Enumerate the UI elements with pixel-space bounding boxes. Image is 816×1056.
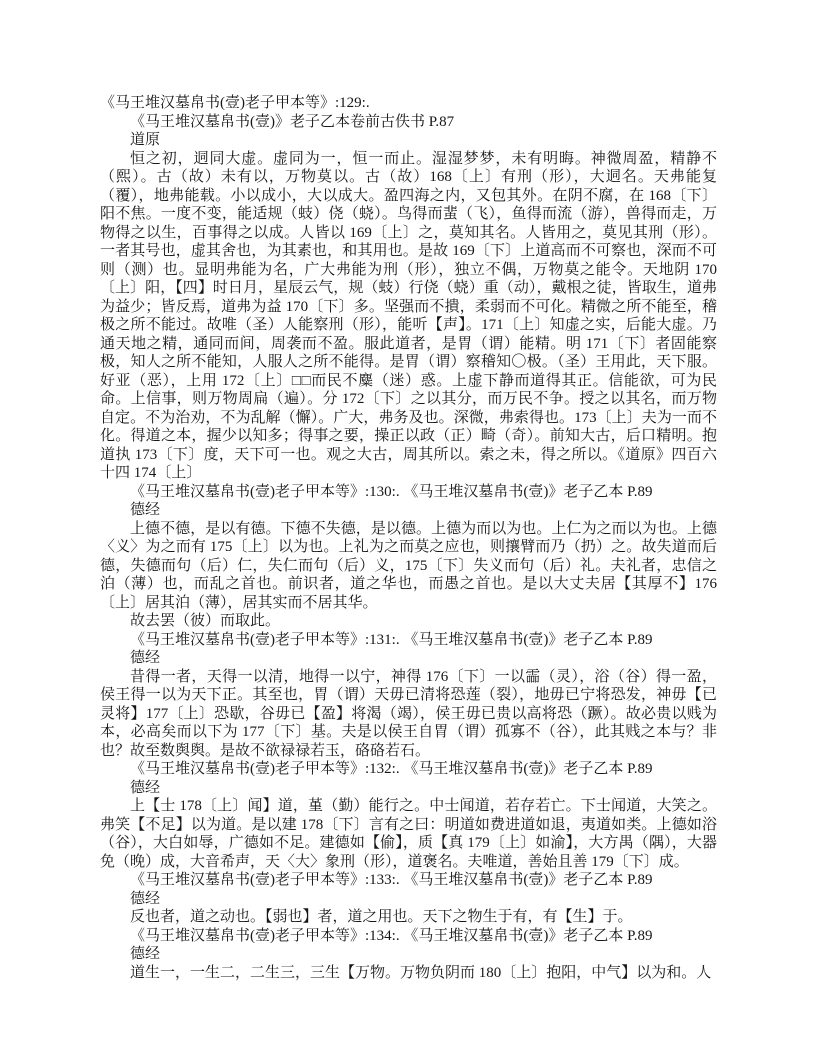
paragraph: 德经: [100, 779, 717, 798]
paragraph: 《马王堆汉墓帛书(壹)老子甲本等》:129:.: [100, 94, 717, 113]
paragraph: 德经: [100, 945, 717, 964]
paragraph: 恒之初，迵同大虚。虚同为一，恒一而止。湿湿梦梦，未有明晦。神微周盈，精静不（熙）…: [100, 150, 717, 483]
paragraph: 昔得一者，天得一以清，地得一以宁，神得 176〔下〕一以霝（灵），浴（谷）得一盈…: [100, 668, 717, 761]
paragraph: 《马王堆汉墓帛书(壹)老子甲本等》:133:. 《马王堆汉墓帛书(壹)》老子乙本…: [100, 871, 717, 890]
paragraph: 德经: [100, 890, 717, 909]
paragraph: 反也者，道之动也。【弱也】者，道之用也。天下之物生于有，有【生】于。: [100, 908, 717, 927]
paragraph: 《马王堆汉墓帛书(壹)》老子乙本卷前古佚书 P.87: [100, 113, 717, 132]
document-page: 《马王堆汉墓帛书(壹)老子甲本等》:129:.《马王堆汉墓帛书(壹)》老子乙本卷…: [0, 0, 816, 1056]
text-block: 《马王堆汉墓帛书(壹)老子甲本等》:129:.《马王堆汉墓帛书(壹)》老子乙本卷…: [100, 94, 717, 982]
paragraph: 《马王堆汉墓帛书(壹)老子甲本等》:134:. 《马王堆汉墓帛书(壹)》老子乙本…: [100, 927, 717, 946]
paragraph: 道原: [100, 131, 717, 150]
paragraph: 上【士 178〔上〕闻】道，堇（勤）能行之。中士闻道，若存若亡。下士闻道，大笑之…: [100, 797, 717, 871]
paragraph: 《马王堆汉墓帛书(壹)老子甲本等》:130:. 《马王堆汉墓帛书(壹)》老子乙本…: [100, 483, 717, 502]
paragraph: 《马王堆汉墓帛书(壹)老子甲本等》:131:. 《马王堆汉墓帛书(壹)》老子乙本…: [100, 631, 717, 650]
paragraph: 《马王堆汉墓帛书(壹)老子甲本等》:132:. 《马王堆汉墓帛书(壹)》老子乙本…: [100, 760, 717, 779]
paragraph: 德经: [100, 649, 717, 668]
paragraph: 德经: [100, 501, 717, 520]
paragraph: 故去罢（彼）而取此。: [100, 612, 717, 631]
paragraph: 上德不德，是以有德。下德不失德，是以德。上德为而以为也。上仁为之而以为也。上德〈…: [100, 520, 717, 613]
paragraph: 道生一，一生二，二生三，三生【万物。万物负阴而 180〔上〕抱阳，中气】以为和。…: [100, 964, 717, 983]
